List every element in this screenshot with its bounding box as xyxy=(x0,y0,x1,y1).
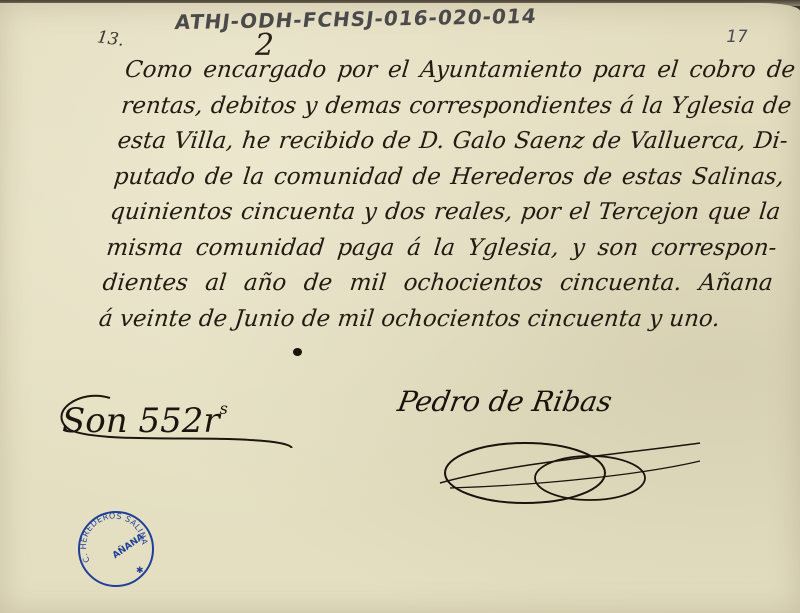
amount-suffix: s xyxy=(220,399,228,418)
amount-text: Son 552r xyxy=(62,401,220,441)
archive-reference: ATHJ-ODH-FCHSJ-016-020-014 xyxy=(174,4,539,34)
receipt-body: Como encargado por el Ayuntamiento para … xyxy=(97,53,800,337)
body-line: dientes al año de mil ochocientos cincue… xyxy=(101,266,775,302)
signature-rubric xyxy=(430,433,710,513)
ink-blot xyxy=(293,348,302,356)
folio-number-left: 13. xyxy=(96,27,126,51)
body-line: Como encargado por el Ayuntamiento para … xyxy=(123,53,797,89)
body-line: esta Villa, he recibido de D. Galo Saenz… xyxy=(116,124,790,160)
document-sheet: ATHJ-ODH-FCHSJ-016-020-014 13. 17 2 Como… xyxy=(0,3,800,613)
body-line: misma comunidad paga á la Yglesia, y son… xyxy=(105,231,779,267)
stamp-star-icon: ✱ xyxy=(136,566,144,576)
body-line: á veinte de Junio de mil ochocientos cin… xyxy=(97,302,771,338)
stamp-center-text: AÑANA xyxy=(110,531,146,561)
institution-stamp: C. HEREDEROS SALINAS AÑANA ✱ xyxy=(76,509,156,589)
body-line: quinientos cincuenta y dos reales, por e… xyxy=(108,195,782,231)
folio-number-right: 17 xyxy=(724,27,749,47)
body-line: rentas, debitos y demas correspondientes… xyxy=(119,89,793,125)
body-line: putado de la comunidad de Herederos de e… xyxy=(112,160,786,196)
signature: Pedro de Ribas xyxy=(395,385,614,418)
amount-total: Son 552rs xyxy=(62,399,228,441)
